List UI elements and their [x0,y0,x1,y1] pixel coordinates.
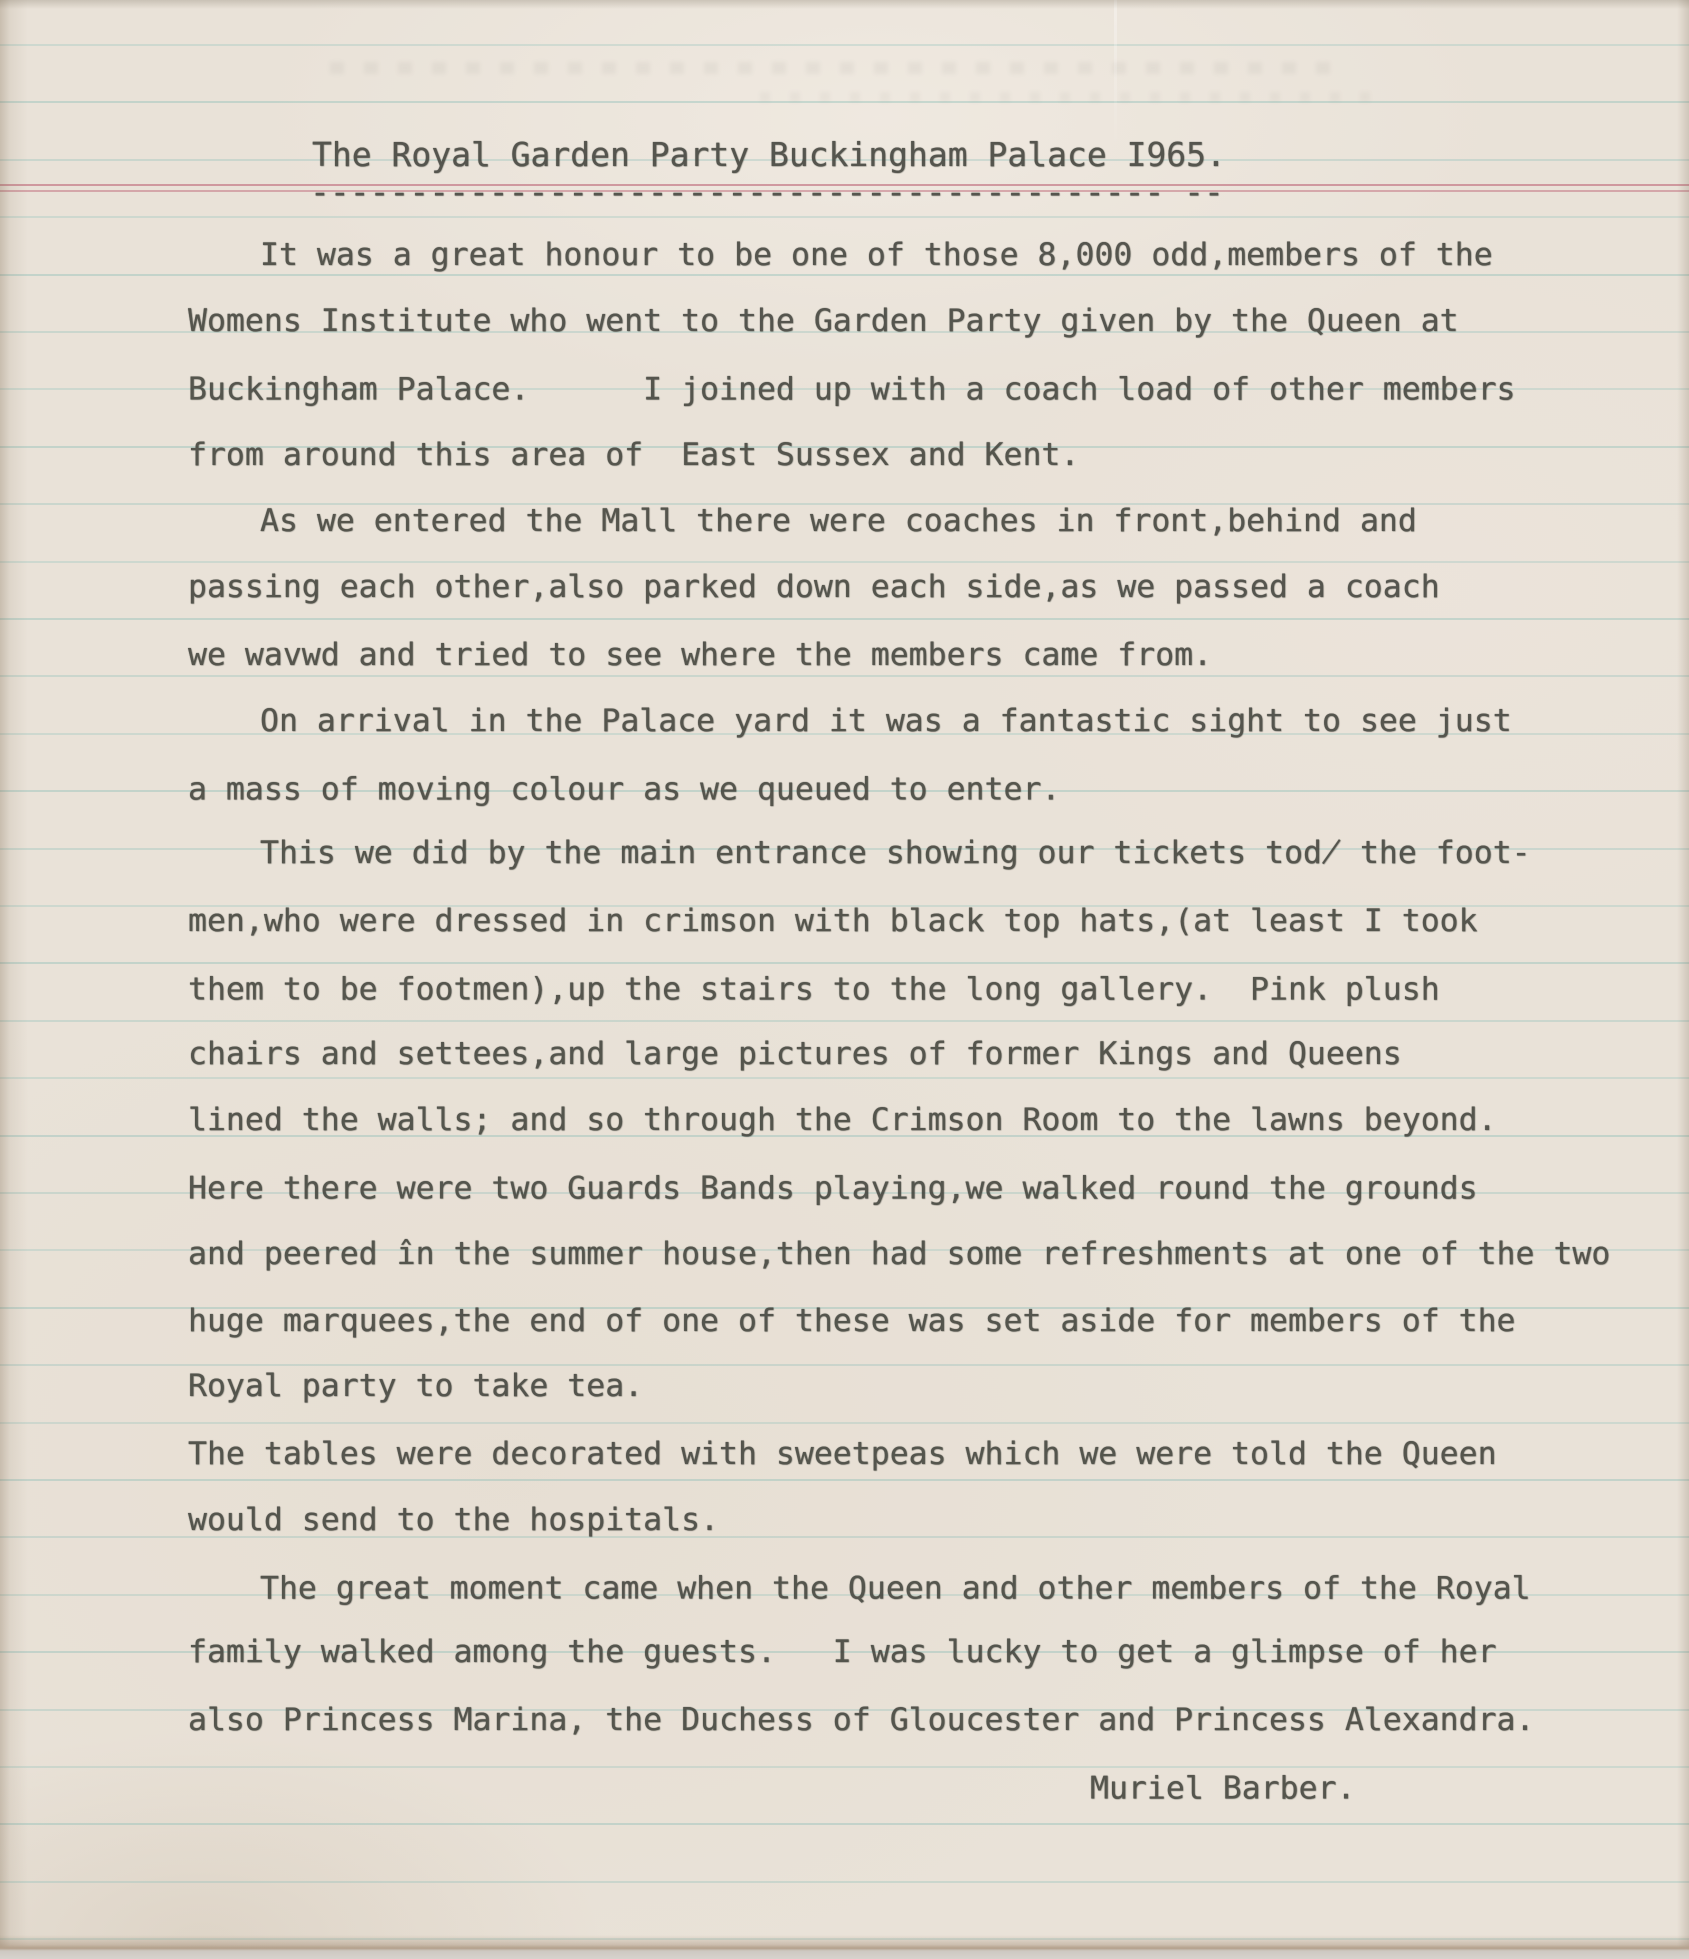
ruled-line [0,216,1689,218]
text-line: As we entered the Mall there were coache… [188,488,1689,555]
text-line: On arrival in the Palace yard it was a f… [188,688,1689,755]
text-line: huge marquees,the end of one of these wa… [188,1288,1689,1355]
page-title: The Royal Garden Party Buckingham Palace… [312,136,1226,174]
text-line: them to be footmen),up the stairs to the… [188,956,1689,1023]
scanned-typewritten-page: The Royal Garden Party Buckingham Palace… [0,0,1689,1959]
text-line: would send to the hospitals. [188,1487,1689,1554]
text-line: lined the walls; and so through the Crim… [188,1087,1689,1154]
text-line: we wavwd and tried to see where the memb… [188,622,1689,689]
ruled-line [0,1823,1689,1825]
paper-crease [1114,0,1117,150]
text-line: passing each other,also parked down each… [188,554,1689,621]
text-line: The tables were decorated with sweetpeas… [188,1421,1689,1488]
text-line: from around this area of East Sussex and… [188,422,1689,489]
text-line: and peered în the summer house,then had … [188,1221,1689,1288]
text-line: Here there were two Guards Bands playing… [188,1156,1689,1223]
text-line: Womens Institute who went to the Garden … [188,288,1689,355]
text-line: This we did by the main entrance showing… [188,820,1689,887]
text-line: Royal party to take tea. [188,1353,1689,1420]
scan-edge-left [0,0,28,1959]
ruled-line [0,44,1689,46]
text-line: men,who were dressed in crimson with bla… [188,888,1689,955]
signature: Muriel Barber. [188,1755,1689,1822]
scan-edge-bottom [0,1935,1689,1959]
bleed-through-marks [760,92,1380,102]
text-line: It was a great honour to be one of those… [188,222,1689,289]
text-line: also Princess Marina, the Duchess of Glo… [188,1687,1689,1754]
ruled-line [0,101,1689,103]
bleed-through-marks [330,62,1350,74]
text-line: a mass of moving colour as we queued to … [188,756,1689,823]
title-underline: ----------------------------------------… [310,173,1224,211]
text-line: The great moment came when the Queen and… [188,1555,1689,1622]
ruled-line [0,1938,1689,1940]
scan-edge-top [0,0,1689,9]
text-line: Buckingham Palace. I joined up with a co… [188,357,1689,424]
body-lines: It was a great honour to be one of those… [188,222,1689,1820]
text-line: chairs and settees,and large pictures of… [188,1021,1689,1088]
text-line: family walked among the guests. I was lu… [188,1619,1689,1686]
ruled-line [0,1881,1689,1883]
